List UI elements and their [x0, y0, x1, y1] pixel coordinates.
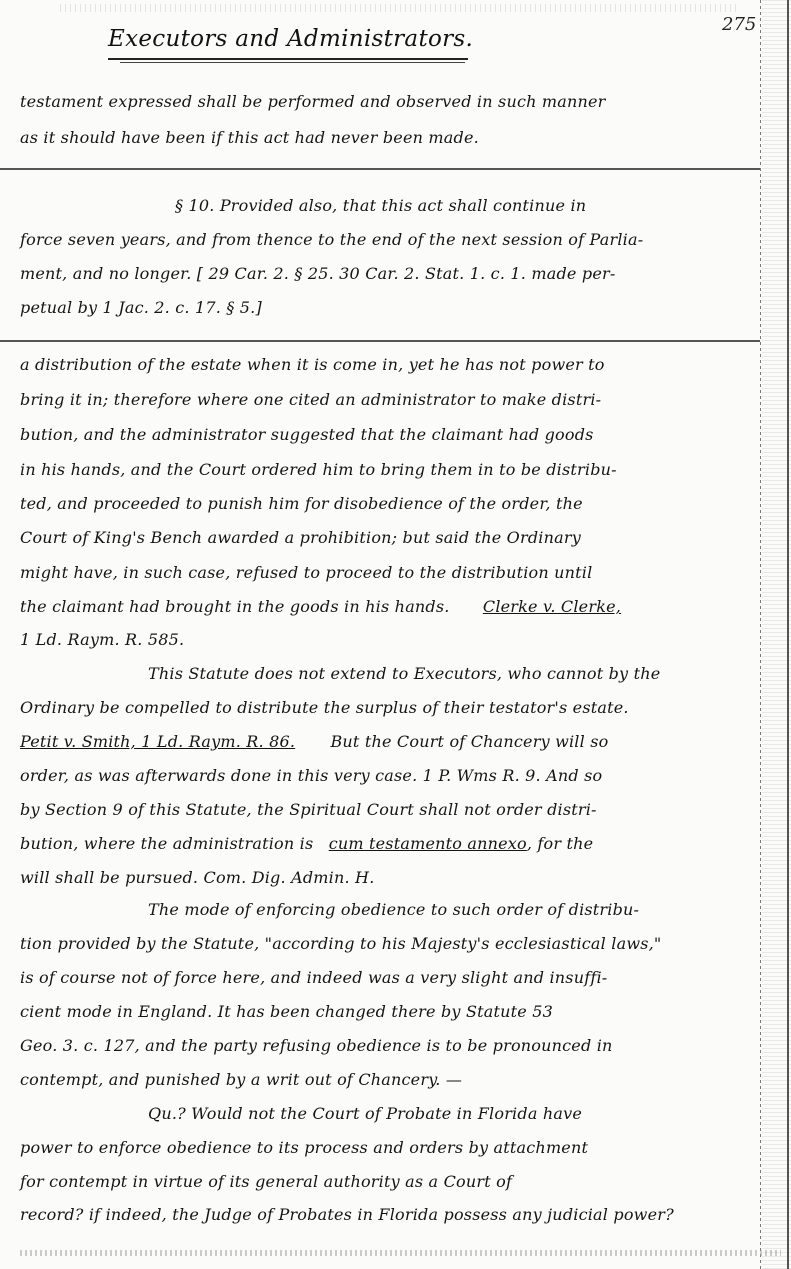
manuscript-page: Executors and Administrators. 275 testam…	[0, 0, 791, 1269]
text-line: bution, where the administration is cum …	[20, 834, 593, 853]
text-line: order, as was afterwards done in this ve…	[20, 766, 602, 785]
text-line: ted, and proceeded to punish him for dis…	[20, 494, 583, 513]
case-citation: Clerke v. Clerke,	[483, 597, 621, 616]
text-line: The mode of enforcing obedience to such …	[148, 900, 639, 919]
text-line: contempt, and punished by a writ out of …	[20, 1070, 462, 1089]
text-line: tion provided by the Statute, "according…	[20, 934, 661, 953]
margin-rule	[760, 0, 761, 1269]
text-line: as it should have been if this act had n…	[20, 128, 479, 147]
text-line: This Statute does not extend to Executor…	[148, 664, 660, 683]
title-underline-secondary	[120, 62, 465, 63]
text-line: the claimant had brought in the goods in…	[20, 597, 621, 616]
text-line: might have, in such case, refused to pro…	[20, 563, 592, 582]
text-line: force seven years, and from thence to th…	[20, 230, 643, 249]
scan-noise-top	[60, 4, 740, 12]
text-line: record? if indeed, the Judge of Probates…	[20, 1205, 674, 1224]
text-line: will shall be pursued. Com. Dig. Admin. …	[20, 868, 374, 887]
page-title: Executors and Administrators.	[108, 26, 473, 52]
text-line: by Section 9 of this Statute, the Spirit…	[20, 800, 597, 819]
text-span: bution, where the administration is	[20, 834, 313, 853]
latin-phrase: cum testamento annexo	[329, 834, 527, 853]
text-line: Court of King's Bench awarded a prohibit…	[20, 528, 581, 547]
text-line: power to enforce obedience to its proces…	[20, 1138, 588, 1157]
page-edge	[787, 0, 789, 1269]
text-line: is of course not of force here, and inde…	[20, 968, 607, 987]
text-line: bring it in; therefore where one cited a…	[20, 390, 601, 409]
text-line: bution, and the administrator suggested …	[20, 425, 594, 444]
text-line: Ordinary be compelled to distribute the …	[20, 698, 629, 717]
text-line: Qu.? Would not the Court of Probate in F…	[148, 1104, 582, 1123]
text-span: But the Court of Chancery will so	[330, 732, 608, 751]
text-line: Petit v. Smith, 1 Ld. Raym. R. 86. But t…	[20, 732, 608, 751]
scan-noise-bottom	[20, 1250, 781, 1256]
text-line: for contempt in virtue of its general au…	[20, 1172, 512, 1191]
text-line: cient mode in England. It has been chang…	[20, 1002, 553, 1021]
text-line: testament expressed shall be performed a…	[20, 92, 606, 111]
text-span: the claimant had brought in the goods in…	[20, 597, 450, 616]
text-line: Geo. 3. c. 127, and the party refusing o…	[20, 1036, 613, 1055]
text-line: ment, and no longer. [ 29 Car. 2. § 25. …	[20, 264, 615, 283]
page-number: 275	[722, 14, 756, 35]
text-line: petual by 1 Jac. 2. c. 17. § 5.]	[20, 298, 262, 317]
title-underline	[108, 58, 468, 60]
text-line: in his hands, and the Court ordered him …	[20, 460, 617, 479]
section-divider	[0, 168, 760, 170]
text-line: 1 Ld. Raym. R. 585.	[20, 630, 184, 649]
text-line: § 10. Provided also, that this act shall…	[175, 196, 586, 215]
text-line: a distribution of the estate when it is …	[20, 355, 605, 374]
section-divider	[0, 340, 760, 342]
text-span: , for the	[527, 834, 593, 853]
case-citation: Petit v. Smith, 1 Ld. Raym. R. 86.	[20, 732, 295, 751]
